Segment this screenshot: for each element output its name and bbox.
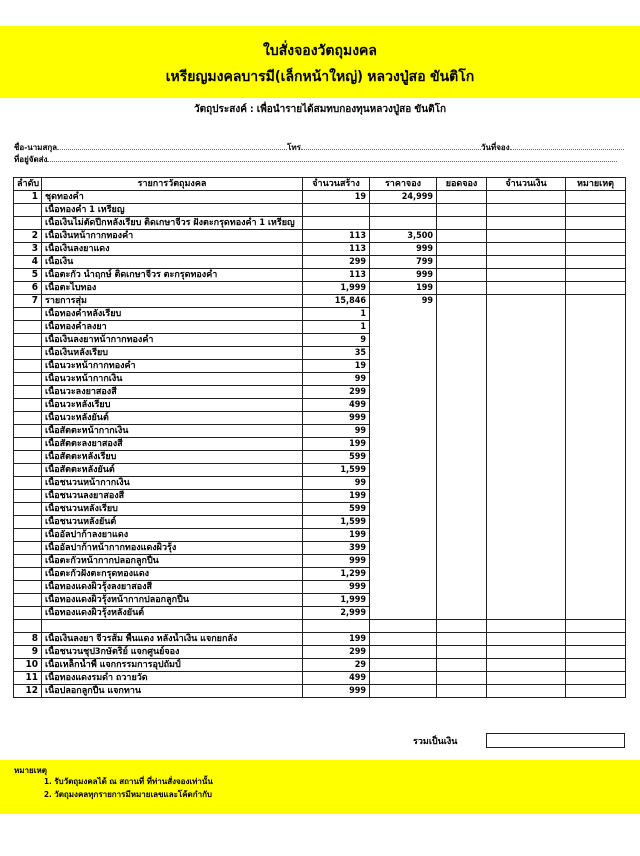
order-qty-cell[interactable] (437, 191, 487, 204)
quantity-made: 29 (303, 659, 370, 672)
remark-cell[interactable] (566, 685, 626, 698)
order-number (14, 581, 42, 594)
quantity-made: 113 (303, 269, 370, 282)
order-number (14, 386, 42, 399)
quantity-made: 1,599 (303, 516, 370, 529)
item-name: เนื้อตะกั่วหน้ากากปลอกลูกปืน (42, 555, 303, 568)
item-name: เนื้อสัตตะหน้ากากเงิน (42, 425, 303, 438)
order-number: 6 (14, 282, 42, 295)
remark-cell[interactable] (566, 295, 626, 620)
address-field[interactable] (47, 155, 617, 162)
table-row: 5เนื้อตะกั่ว นำฤกษ์ ติดเกษาจีวร ตะกรุดทอ… (14, 269, 626, 282)
col-quantity-made: จำนวนสร้าง (303, 178, 370, 191)
col-order-qty: ยอดจอง (437, 178, 487, 191)
blank-cell (487, 620, 566, 633)
order-qty-cell[interactable] (437, 282, 487, 295)
table-row: เนื้อเงินไม่ตัดปีกหลังเรียบ ติดเกษาจีวร … (14, 217, 626, 230)
item-name: เนื้อเงินหลังเรียบ (42, 347, 303, 360)
amount-cell[interactable] (487, 685, 566, 698)
remark-cell[interactable] (566, 633, 626, 646)
order-number (14, 490, 42, 503)
item-name: เนื้อทองคำลงยา (42, 321, 303, 334)
order-number (14, 204, 42, 217)
table-row: 9เนื้อชนวนชุป3กษัตริย์ แจกศูนย์จอง299 (14, 646, 626, 659)
price (370, 672, 437, 685)
name-label: ชื่อ-นามสกุล (14, 143, 57, 152)
quantity-made: 499 (303, 672, 370, 685)
quantity-made: 599 (303, 451, 370, 464)
quantity-made: 99 (303, 477, 370, 490)
table-row-random-group: 7รายการสุ่ม15,84699 (14, 295, 626, 308)
order-number (14, 308, 42, 321)
blank-cell (566, 620, 626, 633)
remark-cell[interactable] (566, 204, 626, 217)
amount-cell[interactable] (487, 295, 566, 620)
order-number (14, 594, 42, 607)
col-price: ราคาจอง (370, 178, 437, 191)
order-number (14, 399, 42, 412)
blank-cell (370, 620, 437, 633)
price (370, 685, 437, 698)
quantity-made: 1 (303, 321, 370, 334)
amount-cell[interactable] (487, 230, 566, 243)
date-label: วันที่จอง (481, 143, 510, 152)
item-name: เนื้อทองแดงผิวรุ้งหน้ากากปลอกลูกปืน (42, 594, 303, 607)
address-label: ที่อยู่จัดส่ง (14, 155, 47, 164)
remark-cell[interactable] (566, 230, 626, 243)
amount-cell[interactable] (487, 282, 566, 295)
item-name: เนื้อนวะหน้ากากทองคำ (42, 360, 303, 373)
order-number: 10 (14, 659, 42, 672)
quantity-made: 9 (303, 334, 370, 347)
item-name: เนื้อเงินลงยาแดง (42, 243, 303, 256)
quantity-made: 599 (303, 503, 370, 516)
price: 199 (370, 282, 437, 295)
price (370, 646, 437, 659)
form-subtitle: เหรียญมงคลบารมี(เล็กหน้าใหญ่) หลวงปู่สอ … (0, 66, 640, 88)
price: 999 (370, 243, 437, 256)
quantity-made: 299 (303, 386, 370, 399)
order-number (14, 555, 42, 568)
order-qty-cell[interactable] (437, 685, 487, 698)
item-name: เนื้อนวะหลังเรียบ (42, 399, 303, 412)
order-number (14, 321, 42, 334)
item-name: เนื้อเงินไม่ตัดปีกหลังเรียบ ติดเกษาจีวร … (42, 217, 303, 230)
order-number: 7 (14, 295, 42, 308)
quantity-made: 999 (303, 581, 370, 594)
item-name: เนื้อทองแดงผิวรุ้งหลังยันต์ (42, 607, 303, 620)
item-name: เนื้อเหล็กน้ำพี้ แจกกรรมการอุปถัมป์ (42, 659, 303, 672)
price (370, 217, 437, 230)
notes-title: หมายเหตุ (14, 764, 47, 777)
quantity-made: 199 (303, 633, 370, 646)
table-row: 10เนื้อเหล็กน้ำพี้ แจกกรรมการอุปถัมป์29 (14, 659, 626, 672)
price: 799 (370, 256, 437, 269)
item-name: เนื้อชนวนหลังยันต์ (42, 516, 303, 529)
item-name: เนื้อสัตตะหลังเรียบ (42, 451, 303, 464)
quantity-made: 999 (303, 412, 370, 425)
notes-banner: หมายเหตุ 1. รับวัตถุมงคลได้ ณ สถานที่ ที… (0, 760, 640, 814)
order-number (14, 516, 42, 529)
price: 3,500 (370, 230, 437, 243)
order-number (14, 477, 42, 490)
order-number (14, 568, 42, 581)
item-name: เนื้อชนวนหน้ากากเงิน (42, 477, 303, 490)
price: 24,999 (370, 191, 437, 204)
order-number: 5 (14, 269, 42, 282)
item-name: เนื้อทองคำหลังเรียบ (42, 308, 303, 321)
item-name: เนื้อตะกั่ว นำฤกษ์ ติดเกษาจีวร ตะกรุดทอง… (42, 269, 303, 282)
quantity-made: 1,299 (303, 568, 370, 581)
price (370, 204, 437, 217)
order-qty-cell[interactable] (437, 256, 487, 269)
address-line: ที่อยู่จัดส่ง (14, 153, 625, 166)
quantity-made (303, 204, 370, 217)
title-banner: ใบสั่งจองวัตถุมงคล เหรียญมงคลบารมี(เล็กห… (0, 26, 640, 98)
order-number (14, 425, 42, 438)
amount-cell[interactable] (487, 204, 566, 217)
table-row: 3เนื้อเงินลงยาแดง113999 (14, 243, 626, 256)
phone-field[interactable] (301, 143, 481, 150)
blank-cell (14, 620, 42, 633)
amount-cell[interactable] (487, 672, 566, 685)
order-qty-cell[interactable] (437, 217, 487, 230)
quantity-made: 999 (303, 685, 370, 698)
item-name: เนื้อตะกั่วฝังตะกรุดทองแดง (42, 568, 303, 581)
amount-cell[interactable] (487, 243, 566, 256)
note-item: 2. วัตถุมงคลทุกรายการมีหมายเลขและโค้ดกำก… (44, 788, 212, 801)
item-name: เนื้อนวะลงยาสองสี (42, 386, 303, 399)
order-qty-cell[interactable] (437, 672, 487, 685)
order-qty-cell[interactable] (437, 295, 487, 620)
order-number (14, 542, 42, 555)
quantity-made: 19 (303, 360, 370, 373)
remark-cell[interactable] (566, 672, 626, 685)
amount-cell[interactable] (487, 646, 566, 659)
order-qty-cell[interactable] (437, 646, 487, 659)
blank-cell (42, 620, 303, 633)
quantity-made: 999 (303, 555, 370, 568)
item-name: เนื้ออัลปาก้าลงยาแดง (42, 529, 303, 542)
amount-cell[interactable] (487, 256, 566, 269)
item-name: เนื้อชนวนชุป3กษัตริย์ แจกศูนย์จอง (42, 646, 303, 659)
item-name: เนื้อเงิน (42, 256, 303, 269)
order-table: ลำดับ รายการวัตถุมงคล จำนวนสร้าง ราคาจอง… (13, 177, 626, 698)
order-number: 2 (14, 230, 42, 243)
quantity-made: 113 (303, 230, 370, 243)
quantity-made: 35 (303, 347, 370, 360)
quantity-made: 2,999 (303, 607, 370, 620)
quantity-made: 1,999 (303, 594, 370, 607)
item-name: เนื้อทองแดงรมดำ ถวายวัด (42, 672, 303, 685)
order-number: 1 (14, 191, 42, 204)
order-number (14, 451, 42, 464)
item-name: เนื้อสัตตะหลังยันต์ (42, 464, 303, 477)
quantity-made: 399 (303, 542, 370, 555)
item-name: เนื้อนวะหลังยันต์ (42, 412, 303, 425)
remark-cell[interactable] (566, 243, 626, 256)
remark-cell[interactable] (566, 282, 626, 295)
order-qty-cell[interactable] (437, 633, 487, 646)
blank-cell (437, 620, 487, 633)
remark-cell[interactable] (566, 191, 626, 204)
quantity-made: 199 (303, 529, 370, 542)
quantity-made: 299 (303, 646, 370, 659)
phone-label: โทร (287, 143, 301, 152)
quantity-made: 499 (303, 399, 370, 412)
order-number (14, 334, 42, 347)
price (370, 633, 437, 646)
item-name: เนื้อเงินลงยาหน้ากากทองคำ (42, 334, 303, 347)
quantity-made: 19 (303, 191, 370, 204)
remark-cell[interactable] (566, 659, 626, 672)
item-name: เนื้อเงินหน้ากากทองคำ (42, 230, 303, 243)
order-number: 9 (14, 646, 42, 659)
table-header-row: ลำดับ รายการวัตถุมงคล จำนวนสร้าง ราคาจอง… (14, 178, 626, 191)
order-number (14, 607, 42, 620)
date-field[interactable] (510, 143, 625, 150)
price: 99 (370, 295, 437, 620)
amount-cell[interactable] (487, 191, 566, 204)
table-row: 6เนื้อตะไบทอง1,999199 (14, 282, 626, 295)
col-amount: จำนวนเงิน (487, 178, 566, 191)
price (370, 659, 437, 672)
quantity-made: 299 (303, 256, 370, 269)
note-item: 1. รับวัตถุมงคลได้ ณ สถานที่ ที่ท่านสั่ง… (44, 775, 213, 788)
table-row: 4เนื้อเงิน299799 (14, 256, 626, 269)
quantity-made: 199 (303, 438, 370, 451)
order-number: 12 (14, 685, 42, 698)
quantity-made: 199 (303, 490, 370, 503)
order-number (14, 373, 42, 386)
item-name: รายการสุ่ม (42, 295, 303, 308)
table-row: 11เนื้อทองแดงรมดำ ถวายวัด499 (14, 672, 626, 685)
order-qty-cell[interactable] (437, 659, 487, 672)
quantity-made: 113 (303, 243, 370, 256)
order-qty-cell[interactable] (437, 243, 487, 256)
order-number (14, 217, 42, 230)
total-label: รวมเป็นเงิน (413, 734, 457, 748)
amount-cell[interactable] (487, 217, 566, 230)
table-row: 2เนื้อเงินหน้ากากทองคำ1133,500 (14, 230, 626, 243)
order-qty-cell[interactable] (437, 204, 487, 217)
order-number (14, 529, 42, 542)
blank-cell (303, 620, 370, 633)
order-number (14, 503, 42, 516)
order-number (14, 347, 42, 360)
item-name: ชุดทองคำ (42, 191, 303, 204)
purpose-text: วัตถุประสงค์ : เพื่อนำรายได้สมทบกองทุนหล… (0, 102, 640, 117)
name-field[interactable] (57, 143, 287, 150)
col-item: รายการวัตถุมงคล (42, 178, 303, 191)
order-qty-cell[interactable] (437, 230, 487, 243)
item-name: เนื้อชนวนลงยาสองสี (42, 490, 303, 503)
col-remark: หมายเหตุ (566, 178, 626, 191)
col-order: ลำดับ (14, 178, 42, 191)
order-number (14, 412, 42, 425)
order-number: 3 (14, 243, 42, 256)
order-number (14, 360, 42, 373)
item-name: เนื้อนวะหน้ากากเงิน (42, 373, 303, 386)
item-name: เนื้อสัตตะลงยาสองสี (42, 438, 303, 451)
item-name: เนื้อตะไบทอง (42, 282, 303, 295)
amount-cell[interactable] (487, 633, 566, 646)
item-name: เนื้อปลอกลูกปืน แจกทาน (42, 685, 303, 698)
item-name: เนื้อชนวนหลังเรียบ (42, 503, 303, 516)
total-amount-field[interactable] (486, 733, 625, 748)
order-number: 8 (14, 633, 42, 646)
table-row-blank (14, 620, 626, 633)
remark-cell[interactable] (566, 217, 626, 230)
price: 999 (370, 269, 437, 282)
item-name: เนื้ออัลปาก้าหน้ากากทองแดงผิวรุ้ง (42, 542, 303, 555)
order-number: 11 (14, 672, 42, 685)
quantity-made: 15,846 (303, 295, 370, 308)
quantity-made: 99 (303, 425, 370, 438)
amount-cell[interactable] (487, 269, 566, 282)
item-name: เนื้อทองคำ 1 เหรียญ (42, 204, 303, 217)
item-name: เนื้อเงินลงยา จีวรส้ม พื้นแดง หลังน้ำเงิ… (42, 633, 303, 646)
remark-cell[interactable] (566, 256, 626, 269)
quantity-made: 1 (303, 308, 370, 321)
table-row: เนื้อทองคำ 1 เหรียญ (14, 204, 626, 217)
remark-cell[interactable] (566, 646, 626, 659)
remark-cell[interactable] (566, 269, 626, 282)
quantity-made: 1,999 (303, 282, 370, 295)
order-number (14, 438, 42, 451)
quantity-made: 99 (303, 373, 370, 386)
quantity-made (303, 217, 370, 230)
table-row: 1ชุดทองคำ1924,999 (14, 191, 626, 204)
table-row: 8เนื้อเงินลงยา จีวรส้ม พื้นแดง หลังน้ำเง… (14, 633, 626, 646)
item-name: เนื้อทองแดงผิวรุ้งลงยาสองสี (42, 581, 303, 594)
order-number: 4 (14, 256, 42, 269)
quantity-made: 1,599 (303, 464, 370, 477)
amount-cell[interactable] (487, 659, 566, 672)
order-qty-cell[interactable] (437, 269, 487, 282)
order-number (14, 464, 42, 477)
table-row: 12เนื้อปลอกลูกปืน แจกทาน999 (14, 685, 626, 698)
form-title: ใบสั่งจองวัตถุมงคล (0, 40, 640, 62)
